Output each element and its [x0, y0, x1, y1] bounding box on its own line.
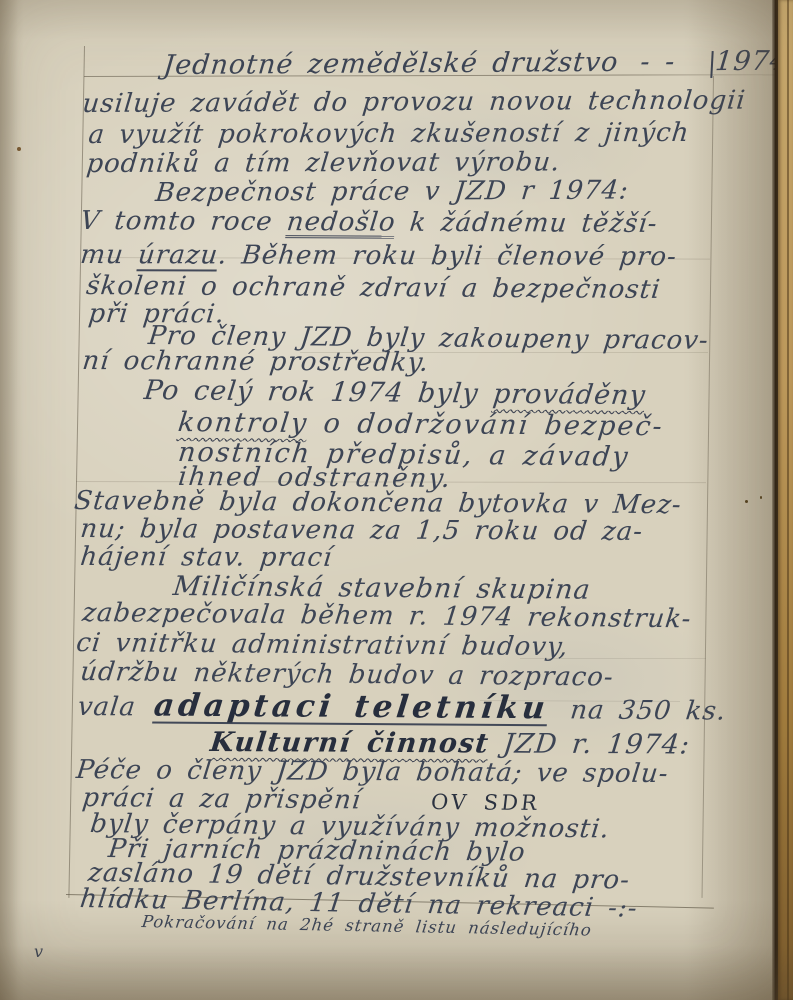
handwritten-text-segment: vala: [76, 693, 137, 723]
handwritten-text-segment: usiluje zavádět do provozu novou technol…: [81, 87, 747, 120]
handwritten-text-segment: a využít pokrokových zkušeností z jiných: [87, 119, 691, 151]
handwritten-text-segment: V tomto roce: [79, 207, 289, 238]
handwritten-text-segment: adaptaci teletníku: [152, 689, 551, 727]
handwritten-text-segment: o dodržování bezpeč-: [306, 408, 665, 442]
handwritten-text-segment: . Během roku byli členové pro-: [217, 241, 679, 272]
handwritten-text-segment: nedošlo: [285, 208, 397, 238]
book-page-stack-edge-line: [787, 0, 789, 1000]
handwritten-line-18: hájení stav. prací: [79, 543, 334, 574]
handwritten-text-segment: na 350 ks.: [569, 696, 728, 727]
handwritten-text-segment: Jednotné zemědělské družstvo: [162, 47, 620, 81]
handwritten-text-segment: JZD r. 1974:: [502, 729, 692, 761]
handwritten-text-segment: Po celý rok 1974 byly: [142, 375, 494, 410]
left-edge-vignette: [0, 0, 18, 1000]
handwritten-line-3: a využít pokrokových zkušeností z jiných: [87, 119, 691, 151]
ruled-line-right-margin: [702, 76, 714, 898]
handwritten-line-4: podniků a tím zlevňovat výrobu.: [85, 148, 562, 180]
handwritten-text-segment: mu: [79, 241, 140, 271]
handwritten-line-6: V tomto roce nedošlo k žádnému těžší-: [79, 207, 659, 240]
handwritten-text-segment: k žádnému těžší-: [394, 209, 659, 240]
handwritten-text-segment: hájení stav. prací: [79, 543, 334, 574]
handwritten-line-2: usiluje zavádět do provozu novou technol…: [81, 87, 747, 120]
title-line: Jednotné zemědělské družstvo- -1974.: [162, 46, 793, 81]
handwritten-text-segment: prováděny: [491, 379, 647, 412]
handwritten-line-12: Po celý rok 1974 byly prováděny: [142, 375, 647, 411]
manuscript-page: Jednotné zemědělské družstvo- -1974.usil…: [0, 0, 793, 1000]
handwritten-text-segment: - -: [639, 46, 677, 77]
bottom-edge-vignette: [0, 945, 793, 1000]
handwritten-line-23: valaadaptaci teletníkuna 350 ks.: [76, 688, 728, 728]
handwritten-text-segment: ní ochranné prostředky.: [81, 347, 431, 379]
paper-speck: [17, 147, 21, 151]
section-heading-bezpecnost: Bezpečnost práce v JZD r 1974:: [154, 177, 630, 209]
handwritten-line-11: ní ochranné prostředky.: [81, 347, 431, 379]
handwritten-text-segment: úrazu: [136, 241, 219, 271]
book-page-stack-edge: [778, 0, 793, 1000]
page-curve-shadow: [688, 0, 774, 1000]
handwritten-text-segment: podniků a tím zlevňovat výrobu.: [85, 148, 562, 180]
paper-speck: [760, 496, 762, 499]
handwritten-text-segment: kontroly: [176, 407, 309, 439]
handwritten-text-segment: OV SDR: [430, 790, 541, 815]
handwritten-text-segment: Kulturní činnost: [209, 727, 491, 759]
handwritten-line-7: mu úrazu. Během roku byli členové pro-: [79, 241, 679, 273]
paper-speck: [745, 500, 748, 503]
handwritten-text-segment: Bezpečnost práce v JZD r 1974:: [154, 177, 630, 209]
corner-check-mark: v: [34, 942, 43, 961]
